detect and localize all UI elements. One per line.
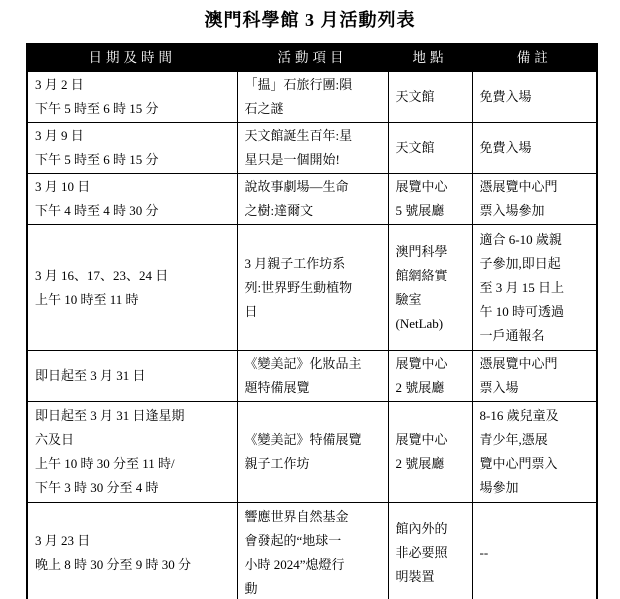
- remark-cell: 免費入場: [472, 123, 597, 174]
- date-cell: 即日起至 3 月 31 日: [27, 351, 237, 402]
- remark-cell: --: [472, 503, 597, 599]
- location-cell: 天文館: [388, 123, 472, 174]
- location-cell: 展覽中心 5 號展廳: [388, 174, 472, 225]
- activity-cell: 《變美記》化妝品主 題特備展覽: [237, 351, 388, 402]
- header-activity: 活動項目: [237, 44, 388, 72]
- date-cell: 3 月 10 日 下午 4 時至 4 時 30 分: [27, 174, 237, 225]
- activity-cell: 天文館誕生百年:星 星只是一個開始!: [237, 123, 388, 174]
- date-cell: 3 月 2 日 下午 5 時至 6 時 15 分: [27, 72, 237, 123]
- date-cell: 即日起至 3 月 31 日逢星期 六及日 上午 10 時 30 分至 11 時/…: [27, 402, 237, 503]
- location-cell: 館內外的 非必要照 明裝置: [388, 503, 472, 599]
- activity-cell: 說故事劇場—生命 之樹:達爾文: [237, 174, 388, 225]
- location-cell: 澳門科學 館網絡實 驗室 (NetLab): [388, 225, 472, 351]
- date-cell: 3 月 16、17、23、24 日 上午 10 時至 11 時: [27, 225, 237, 351]
- location-cell: 天文館: [388, 72, 472, 123]
- header-location: 地點: [388, 44, 472, 72]
- table-row: 即日起至 3 月 31 日 《變美記》化妝品主 題特備展覽 展覽中心 2 號展廳…: [27, 351, 597, 402]
- table-header: 日期及時間 活動項目 地點 備註: [27, 44, 597, 72]
- header-row: 日期及時間 活動項目 地點 備註: [27, 44, 597, 72]
- location-cell: 展覽中心 2 號展廳: [388, 402, 472, 503]
- page-title: 澳門科學館 3 月活動列表: [0, 0, 620, 31]
- activity-cell: 「揾」石旅行團:隕 石之謎: [237, 72, 388, 123]
- activity-cell: 響應世界自然基金 會發起的“地球一 小時 2024”熄燈行 動: [237, 503, 388, 599]
- remark-cell: 適合 6-10 歲親 子參加,即日起 至 3 月 15 日上 午 10 時可透過…: [472, 225, 597, 351]
- activity-cell: 3 月親子工作坊系 列:世界野生動植物 日: [237, 225, 388, 351]
- activity-cell: 《變美記》特備展覽 親子工作坊: [237, 402, 388, 503]
- table-row: 3 月 10 日 下午 4 時至 4 時 30 分 說故事劇場—生命 之樹:達爾…: [27, 174, 597, 225]
- activities-table: 日期及時間 活動項目 地點 備註 3 月 2 日 下午 5 時至 6 時 15 …: [26, 43, 598, 599]
- header-remark: 備註: [472, 44, 597, 72]
- remark-cell: 憑展覽中心門 票入場: [472, 351, 597, 402]
- remark-cell: 憑展覽中心門 票入場參加: [472, 174, 597, 225]
- location-cell: 展覽中心 2 號展廳: [388, 351, 472, 402]
- remark-cell: 8-16 歲兒童及 青少年,憑展 覽中心門票入 場參加: [472, 402, 597, 503]
- table-row: 3 月 23 日 晚上 8 時 30 分至 9 時 30 分 響應世界自然基金 …: [27, 503, 597, 599]
- table-row: 3 月 2 日 下午 5 時至 6 時 15 分 「揾」石旅行團:隕 石之謎 天…: [27, 72, 597, 123]
- date-cell: 3 月 9 日 下午 5 時至 6 時 15 分: [27, 123, 237, 174]
- table-row: 即日起至 3 月 31 日逢星期 六及日 上午 10 時 30 分至 11 時/…: [27, 402, 597, 503]
- document-page: 澳門科學館 3 月活動列表 日期及時間 活動項目 地點 備註 3 月 2 日 下…: [0, 0, 620, 599]
- header-date: 日期及時間: [27, 44, 237, 72]
- table-row: 3 月 16、17、23、24 日 上午 10 時至 11 時 3 月親子工作坊…: [27, 225, 597, 351]
- date-cell: 3 月 23 日 晚上 8 時 30 分至 9 時 30 分: [27, 503, 237, 599]
- table-row: 3 月 9 日 下午 5 時至 6 時 15 分 天文館誕生百年:星 星只是一個…: [27, 123, 597, 174]
- remark-cell: 免費入場: [472, 72, 597, 123]
